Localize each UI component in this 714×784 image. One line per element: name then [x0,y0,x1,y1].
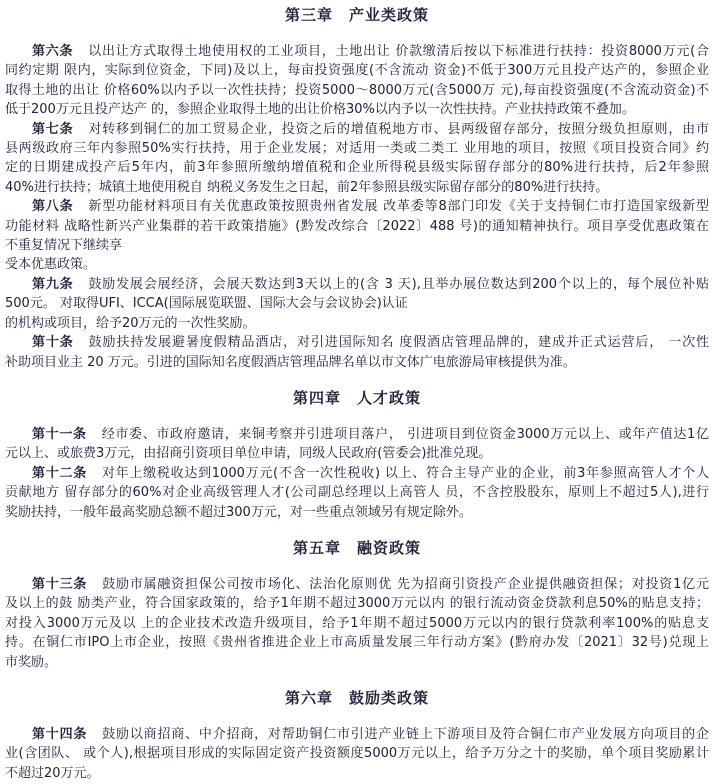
text-line: 第十四条鼓励以商招商、中介招商，对帮助铜仁市引进产业链上下游项目及符合铜仁市产业… [5,725,709,744]
text-line: 第六条以出让方式取得土地使用权的工业项目，土地出让 价款缴清后按以下标准进行扶持… [5,42,709,61]
text-line: 低于200万元且投产达产 的，参照企业取得土地的出让价格30%以内予以一次性扶持… [5,100,709,119]
article-text: 鼓励以商招商、中介招商，对帮助铜仁市引进产业链上下游项目及符合铜仁市产业发展方向… [102,727,709,742]
text-line: 取得土地的出让 价格60%以内予以一次性扶持；投资5000～8000万元(含50… [5,81,709,100]
article-number: 第十一条 [32,427,87,442]
text-line: 第十一条经市委、市政府邀请，来铜考察并引进项目落户， 引进项目到位资金3000万… [5,425,709,444]
article-number: 第九条 [32,277,73,292]
article-number: 第十三条 [32,577,87,592]
text-line: 功能材料 战略性新兴产业集群的若干政策措施》(黔发改综合〔2022〕488 号)… [5,217,709,236]
text-line: 第十条鼓励扶持发展避暑度假精品酒店，对引进国际知名 度假酒店管理品牌的，建成并正… [5,333,709,352]
article-text: 鼓励市属融资担保公司按市场化、法治化原则优 先为招商引资投产企业提供融资担保；对… [102,577,709,592]
chapter-heading: 第五章 融资政策 [5,538,709,558]
text-line: 不超过20万元。 [5,764,709,783]
article-number: 第七条 [32,122,73,137]
article-text: 经市委、市政府邀请，来铜考察并引进项目落户， 引进项目到位资金3000万元以上、… [102,427,709,442]
article-number: 第六条 [32,44,73,59]
text-line: 及以上的鼓 励类产业，符合国家政策的，给予1年期不超过3000万元以内 的银行流… [5,594,709,613]
text-line: 业(含团队、 或个人),根据项目形成的实际固定资产投资额度5000万元以上，给予… [5,744,709,763]
text-line: 定的日期建成投产后5年内，前3年参照所缴纳增值税和企业所得税县级实际留存部分的8… [5,158,709,177]
article-number: 第十条 [32,335,74,350]
text-line: 同约定期 限内，实际到位资金，下同)及以上，每亩投资强度(不含流动 资金)不低于… [5,61,709,80]
text-line: 40%进行扶持；城镇土地使用税自 纳税义务发生之日起，前2年参照县级实际留存部分… [5,178,709,197]
article-text: 对年上缴税收达到1000万元(不含一次性税收) 以上、符合主导产业的企业，前3年… [102,466,709,481]
article-text: 以出让方式取得土地使用权的工业项目，土地出让 价款缴清后按以下标准进行扶持：投资… [88,44,709,59]
text-line: 对投入3000万元及以 上的企业技术改造升级项目，给予1年期不超过5000万元以… [5,614,709,633]
text-line: 元以上、或旅费3万元，由招商引资项目单位申请，同级人民政府(管委会)批准兑现。 [5,444,709,463]
text-line: 奖励扶持，一般年最高奖励总额不超过300万元，对一些重点领域另有规定除外。 [5,503,709,522]
article-text: 新型功能材料项目有关优惠政策按照贵州省发展 改革委等8部门印发《关于支持铜仁市打… [88,199,709,214]
text-line: 500元。 对取得UFI、ICCA(国际展览联盟、国际大会与会议协会)认证 [5,294,709,313]
article-number: 第十四条 [32,727,87,742]
text-line: 第九条鼓励发展会展经济，会展天数达到3天以上的(含 3 天),且举办展位数达到2… [5,275,709,294]
article-text: 对转移到铜仁的加工贸易企业，投资之后的增值税地方市、县两级留存部分，按照分级负担… [88,122,709,137]
chapter-heading: 第六章 鼓励类政策 [5,688,709,708]
document-page: 第三章 产业类政策第六条以出让方式取得土地使用权的工业项目，土地出让 价款缴清后… [0,0,714,783]
text-line: 市奖励。 [5,653,709,672]
article-number: 第八条 [32,199,73,214]
text-line: 受本优惠政策。 [5,255,709,274]
text-line: 持。在铜仁市IPO上市企业，按照《贵州省推进企业上市高质量发展三年行动方案》(黔… [5,633,709,652]
article-text: 鼓励扶持发展避暑度假精品酒店，对引进国际知名 度假酒店管理品牌的，建成并正式运营… [89,335,709,350]
chapter-heading: 第四章 人才政策 [5,388,709,408]
article-number: 第十二条 [32,466,87,481]
text-line: 不重复情况下继续享 [5,236,709,255]
article-text: 鼓励发展会展经济，会展天数达到3天以上的(含 3 天),且举办展位数达到200个… [88,277,709,292]
text-line: 贡献地方 留存部分的60%对企业高级管理人才(公司副总经理以上高管人 员，不含控… [5,483,709,502]
text-line: 第十二条对年上缴税收达到1000万元(不含一次性税收) 以上、符合主导产业的企业… [5,464,709,483]
text-line: 第七条对转移到铜仁的加工贸易企业，投资之后的增值税地方市、县两级留存部分，按照分… [5,120,709,139]
text-line: 的机构或项目，给予20万元的一次性奖励。 [5,314,709,333]
chapter-heading: 第三章 产业类政策 [5,5,709,25]
text-line: 县两级政府三年内参照50%实行扶持，用于企业发展；对适用一类或二类工 业用地的项… [5,139,709,158]
text-line: 第八条新型功能材料项目有关优惠政策按照贵州省发展 改革委等8部门印发《关于支持铜… [5,197,709,216]
text-line: 补助项目业主 20 万元。引进的国际知名度假酒店管理品牌名单以市文体广电旅游局审… [5,353,709,372]
text-line: 第十三条鼓励市属融资担保公司按市场化、法治化原则优 先为招商引资投产企业提供融资… [5,575,709,594]
